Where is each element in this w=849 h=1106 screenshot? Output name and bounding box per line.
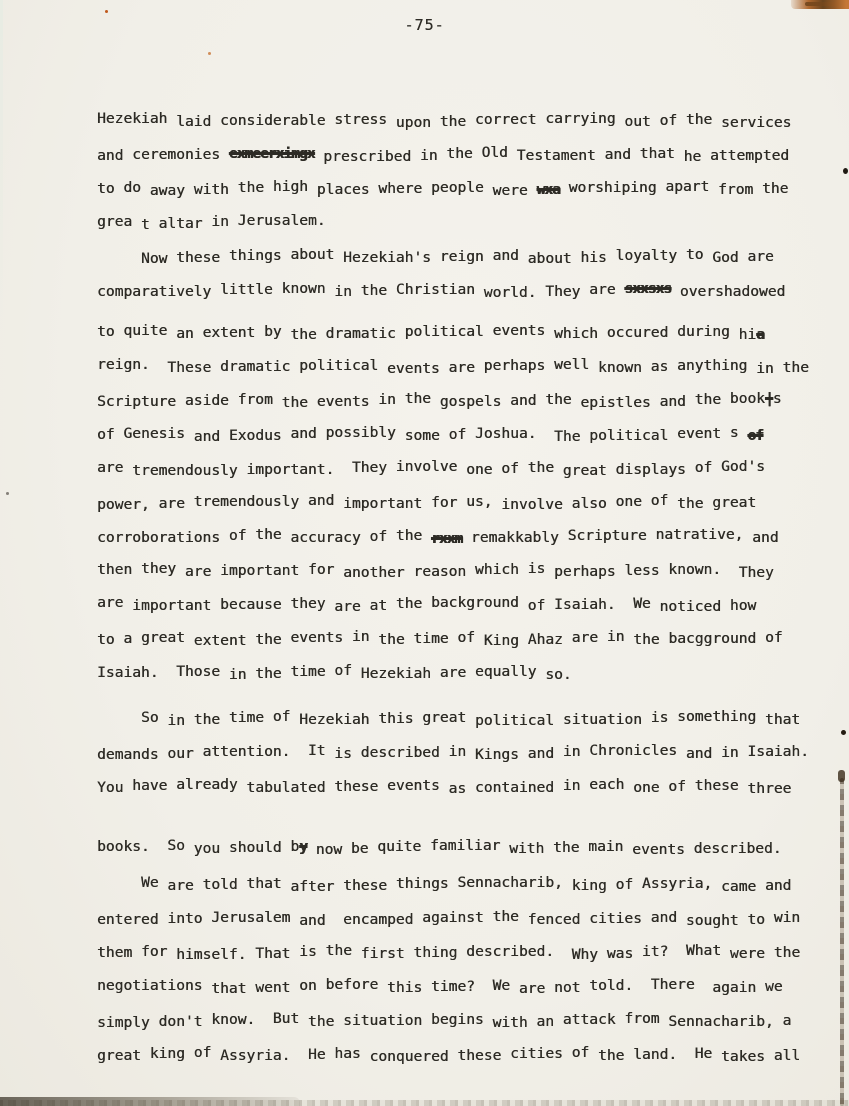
text-line: corroborations of the accuracy of the rx…	[97, 520, 809, 554]
text-line: great king of Assyria. He has conquered …	[97, 1038, 809, 1072]
text-line: You have already tabulated these events …	[97, 770, 809, 804]
text-line: to quite an extent by the dramatic polit…	[97, 316, 809, 350]
text-line: So in the time of Hezekiah this great po…	[97, 702, 809, 736]
text-line: Now these things about Hezekiah's reign …	[97, 240, 809, 274]
text-line: We are told that after these things Senn…	[97, 868, 809, 902]
text-line: Scripture aside from the events in the g…	[97, 384, 809, 418]
scan-streak-right	[840, 778, 844, 1106]
text-line: Isaiah. Those in the time of Hezekiah ar…	[97, 656, 809, 690]
text-line: reign. These dramatic political events a…	[97, 350, 809, 384]
text-line: Hezekiah laid considerable stress upon t…	[97, 104, 809, 138]
scan-speck	[841, 730, 846, 735]
scan-edge-left	[0, 0, 3, 1106]
text-line: grea t altar in Jerusalem.	[97, 206, 809, 240]
text-block: Hezekiah laid considerable stress upon t…	[97, 104, 809, 1072]
scan-speck	[6, 492, 9, 495]
typewritten-page: -75- Hezekiah laid considerable stress u…	[0, 0, 849, 1106]
page-number: -75-	[0, 16, 849, 34]
scan-speck	[843, 168, 848, 174]
text-line: books. So you should by now be quite fam…	[97, 831, 809, 865]
text-line: then they are important for another reas…	[97, 554, 809, 588]
text-line: demands our attention. It is described i…	[97, 736, 809, 770]
text-line: power, are tremendously and important fo…	[97, 486, 809, 520]
text-line: to do away with the high places where pe…	[97, 172, 809, 206]
text-line: and ceremonies exmeerximgx prescribed in…	[97, 138, 809, 172]
scan-smudge-bottom-left	[0, 1097, 300, 1106]
scan-speck	[105, 10, 108, 13]
text-line: of Genesis and Exodus and possibly some …	[97, 418, 809, 452]
text-line: are important because they are at the ba…	[97, 588, 809, 622]
text-line: to a great extent the events in the time…	[97, 622, 809, 656]
text-line: negotiations that went on before this ti…	[97, 970, 809, 1004]
scan-streak-right-cap	[838, 770, 845, 782]
scan-speck	[208, 52, 211, 55]
text-line: them for himself. That is the first thin…	[97, 936, 809, 970]
text-line: simply don't know. But the situation beg…	[97, 1004, 809, 1038]
text-line: comparatively little known in the Christ…	[97, 274, 809, 308]
text-line: entered into Jerusalem and encamped agai…	[97, 902, 809, 936]
text-line: are tremendously important. They involve…	[97, 452, 809, 486]
scan-stain-top-right-2	[805, 2, 839, 6]
